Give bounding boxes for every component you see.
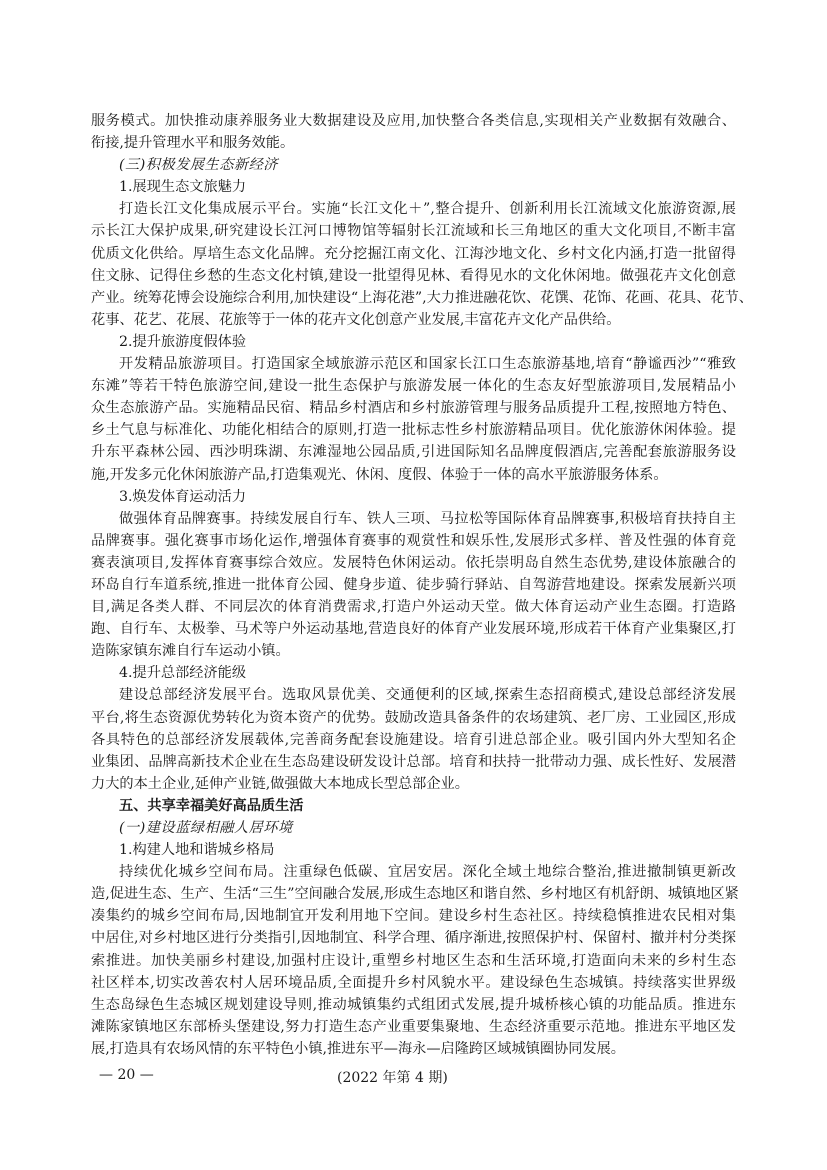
item-heading: 1.构建人地和谐城乡格局	[91, 839, 736, 861]
text-line: 品牌赛事。强化赛事市场化运作,增强体育赛事的观赏性和娱乐性,发展形式多样、普及性…	[91, 530, 736, 552]
item-heading: 4.提升总部经济能级	[91, 662, 736, 684]
page-footer: — 20 — (2022 年第 4 期)	[91, 1067, 736, 1089]
text-line: 目,满足各类人群、不同层次的体育消费需求,打造户外运动天堂。做大体育运动产业生态…	[91, 596, 736, 618]
paragraph-start: 建设总部经济发展平台。选取风景优美、交通便利的区域,探索生态招商模式,建设总部经…	[91, 684, 736, 706]
text-line: 力大的本土企业,延伸产业链,做强做大本地成长型总部企业。	[91, 773, 736, 795]
item-heading: 3.焕发体育运动活力	[91, 486, 736, 508]
text-line: 示长江大保护成果,研究建设长江河口博物馆等辐射长江流域和长三角地区的重大文化项目…	[91, 220, 736, 242]
subsection-heading: (三)积极发展生态新经济	[91, 154, 736, 176]
text-line: 社区样本,切实改善农村人居环境品质,全面提升乡村风貌水平。建设绿色生态城镇。持续…	[91, 972, 736, 994]
text-line: 衔接,提升管理水平和服务效能。	[91, 132, 736, 154]
text-line: 升东平森林公园、西沙明珠湖、东滩湿地公园品质,引进国际知名品牌度假酒店,完善配套…	[91, 441, 736, 463]
text-line: 住文脉、记得住乡愁的生态文化村镇,建设一批望得见林、看得见水的文化休闲地。做强花…	[91, 265, 736, 287]
paragraph-start: 做强体育品牌赛事。持续发展自行车、铁人三项、马拉松等国际体育品牌赛事,积极培育扶…	[91, 508, 736, 530]
text-line: 索推进。加快美丽乡村建设,加强村庄设计,重塑乡村地区生态和生活环境,打造面向未来…	[91, 950, 736, 972]
text-line: 生态岛绿色生态城区规划建设导则,推动城镇集约式组团式发展,提升城桥核心镇的功能品…	[91, 994, 736, 1016]
item-heading: 1.展现生态文旅魅力	[91, 176, 736, 198]
text-line: 环岛自行车道系统,推进一批体育公园、健身步道、徒步骑行驿站、自驾游营地建设。探索…	[91, 574, 736, 596]
section-heading: 五、共享幸福美好高品质生活	[91, 795, 736, 817]
text-line: 众生态旅游产品。实施精品民宿、精品乡村酒店和乡村旅游管理与服务品质提升工程,按照…	[91, 397, 736, 419]
text-line: 跑、自行车、太极拳、马术等户外运动基地,营造良好的体育产业发展环境,形成若干体育…	[91, 618, 736, 640]
text-line: 产业。统筹花博会设施综合利用,加快建设“上海花港”,大力推进融花饮、花馔、花饰、…	[91, 287, 736, 309]
document-body: 服务模式。加快推动康养服务业大数据建设及应用,加快整合各类信息,实现相关产业数据…	[91, 110, 736, 1060]
text-line: 东滩”等若干特色旅游空间,建设一批生态保护与旅游发展一体化的生态友好型旅游项目,…	[91, 375, 736, 397]
text-line: 凑集约的城乡空间布局,因地制宜开发利用地下空间。建设乡村生态社区。持续稳慎推进农…	[91, 905, 736, 927]
text-line: 乡土气息与标准化、功能化相结合的原则,打造一批标志性乡村旅游精品项目。优化旅游休…	[91, 419, 736, 441]
paragraph-start: 打造长江文化集成展示平台。实施“长江文化＋”,整合提升、创新利用长江流域文化旅游…	[91, 198, 736, 220]
text-line: 展,打造具有农场风情的东平特色小镇,推进东平—海永—启隆跨区域城镇圈协同发展。	[91, 1038, 736, 1060]
text-line: 中居住,对乡村地区进行分类指引,因地制宜、科学合理、循序渐进,按照保护村、保留村…	[91, 927, 736, 949]
text-line: 平台,将生态资源优势转化为资本资产的优势。鼓励改造具备条件的农场建筑、老厂房、工…	[91, 707, 736, 729]
text-line: 造陈家镇东滩自行车运动小镇。	[91, 640, 736, 662]
text-line: 业集团、品牌高新技术企业在生态岛建设研发设计总部。培育和扶持一批带动力强、成长性…	[91, 751, 736, 773]
text-line: 服务模式。加快推动康养服务业大数据建设及应用,加快整合各类信息,实现相关产业数据…	[91, 110, 736, 132]
text-line: 施,开发多元化休闲旅游产品,打造集观光、休闲、度假、体验于一体的高水平旅游服务体…	[91, 464, 736, 486]
text-line: 滩陈家镇地区东部桥头堡建设,努力打造生态产业重要集聚地、生态经济重要示范地。推进…	[91, 1016, 736, 1038]
text-line: 优质文化供给。厚培生态文化品牌。充分挖掘江南文化、江海沙地文化、乡村文化内涵,打…	[91, 243, 736, 265]
paragraph-start: 开发精品旅游项目。打造国家全域旅游示范区和国家长江口生态旅游基地,培育“静谧西沙…	[91, 353, 736, 375]
issue-label: (2022 年第 4 期)	[337, 1067, 448, 1087]
text-line: 各具特色的总部经济发展载体,完善商务配套设施建设。培育引进总部企业。吸引国内外大…	[91, 729, 736, 751]
text-line: 赛表演项目,发挥体育赛事综合效应。发展特色休闲运动。依托崇明岛自然生态优势,建设…	[91, 552, 736, 574]
paragraph-start: 持续优化城乡空间布局。注重绿色低碳、宜居安居。深化全域土地综合整治,推进撤制镇更…	[91, 861, 736, 883]
page-number: — 20 —	[99, 1067, 154, 1083]
item-heading: 2.提升旅游度假体验	[91, 331, 736, 353]
text-line: 造,促进生态、生产、生活“三生”空间融合发展,形成生态地区和谐自然、乡村地区有机…	[91, 883, 736, 905]
text-line: 花事、花艺、花展、花旅等于一体的花卉文化创意产业发展,丰富花卉文化产品供给。	[91, 309, 736, 331]
subsection-heading: (一)建设蓝绿相融人居环境	[91, 817, 736, 839]
